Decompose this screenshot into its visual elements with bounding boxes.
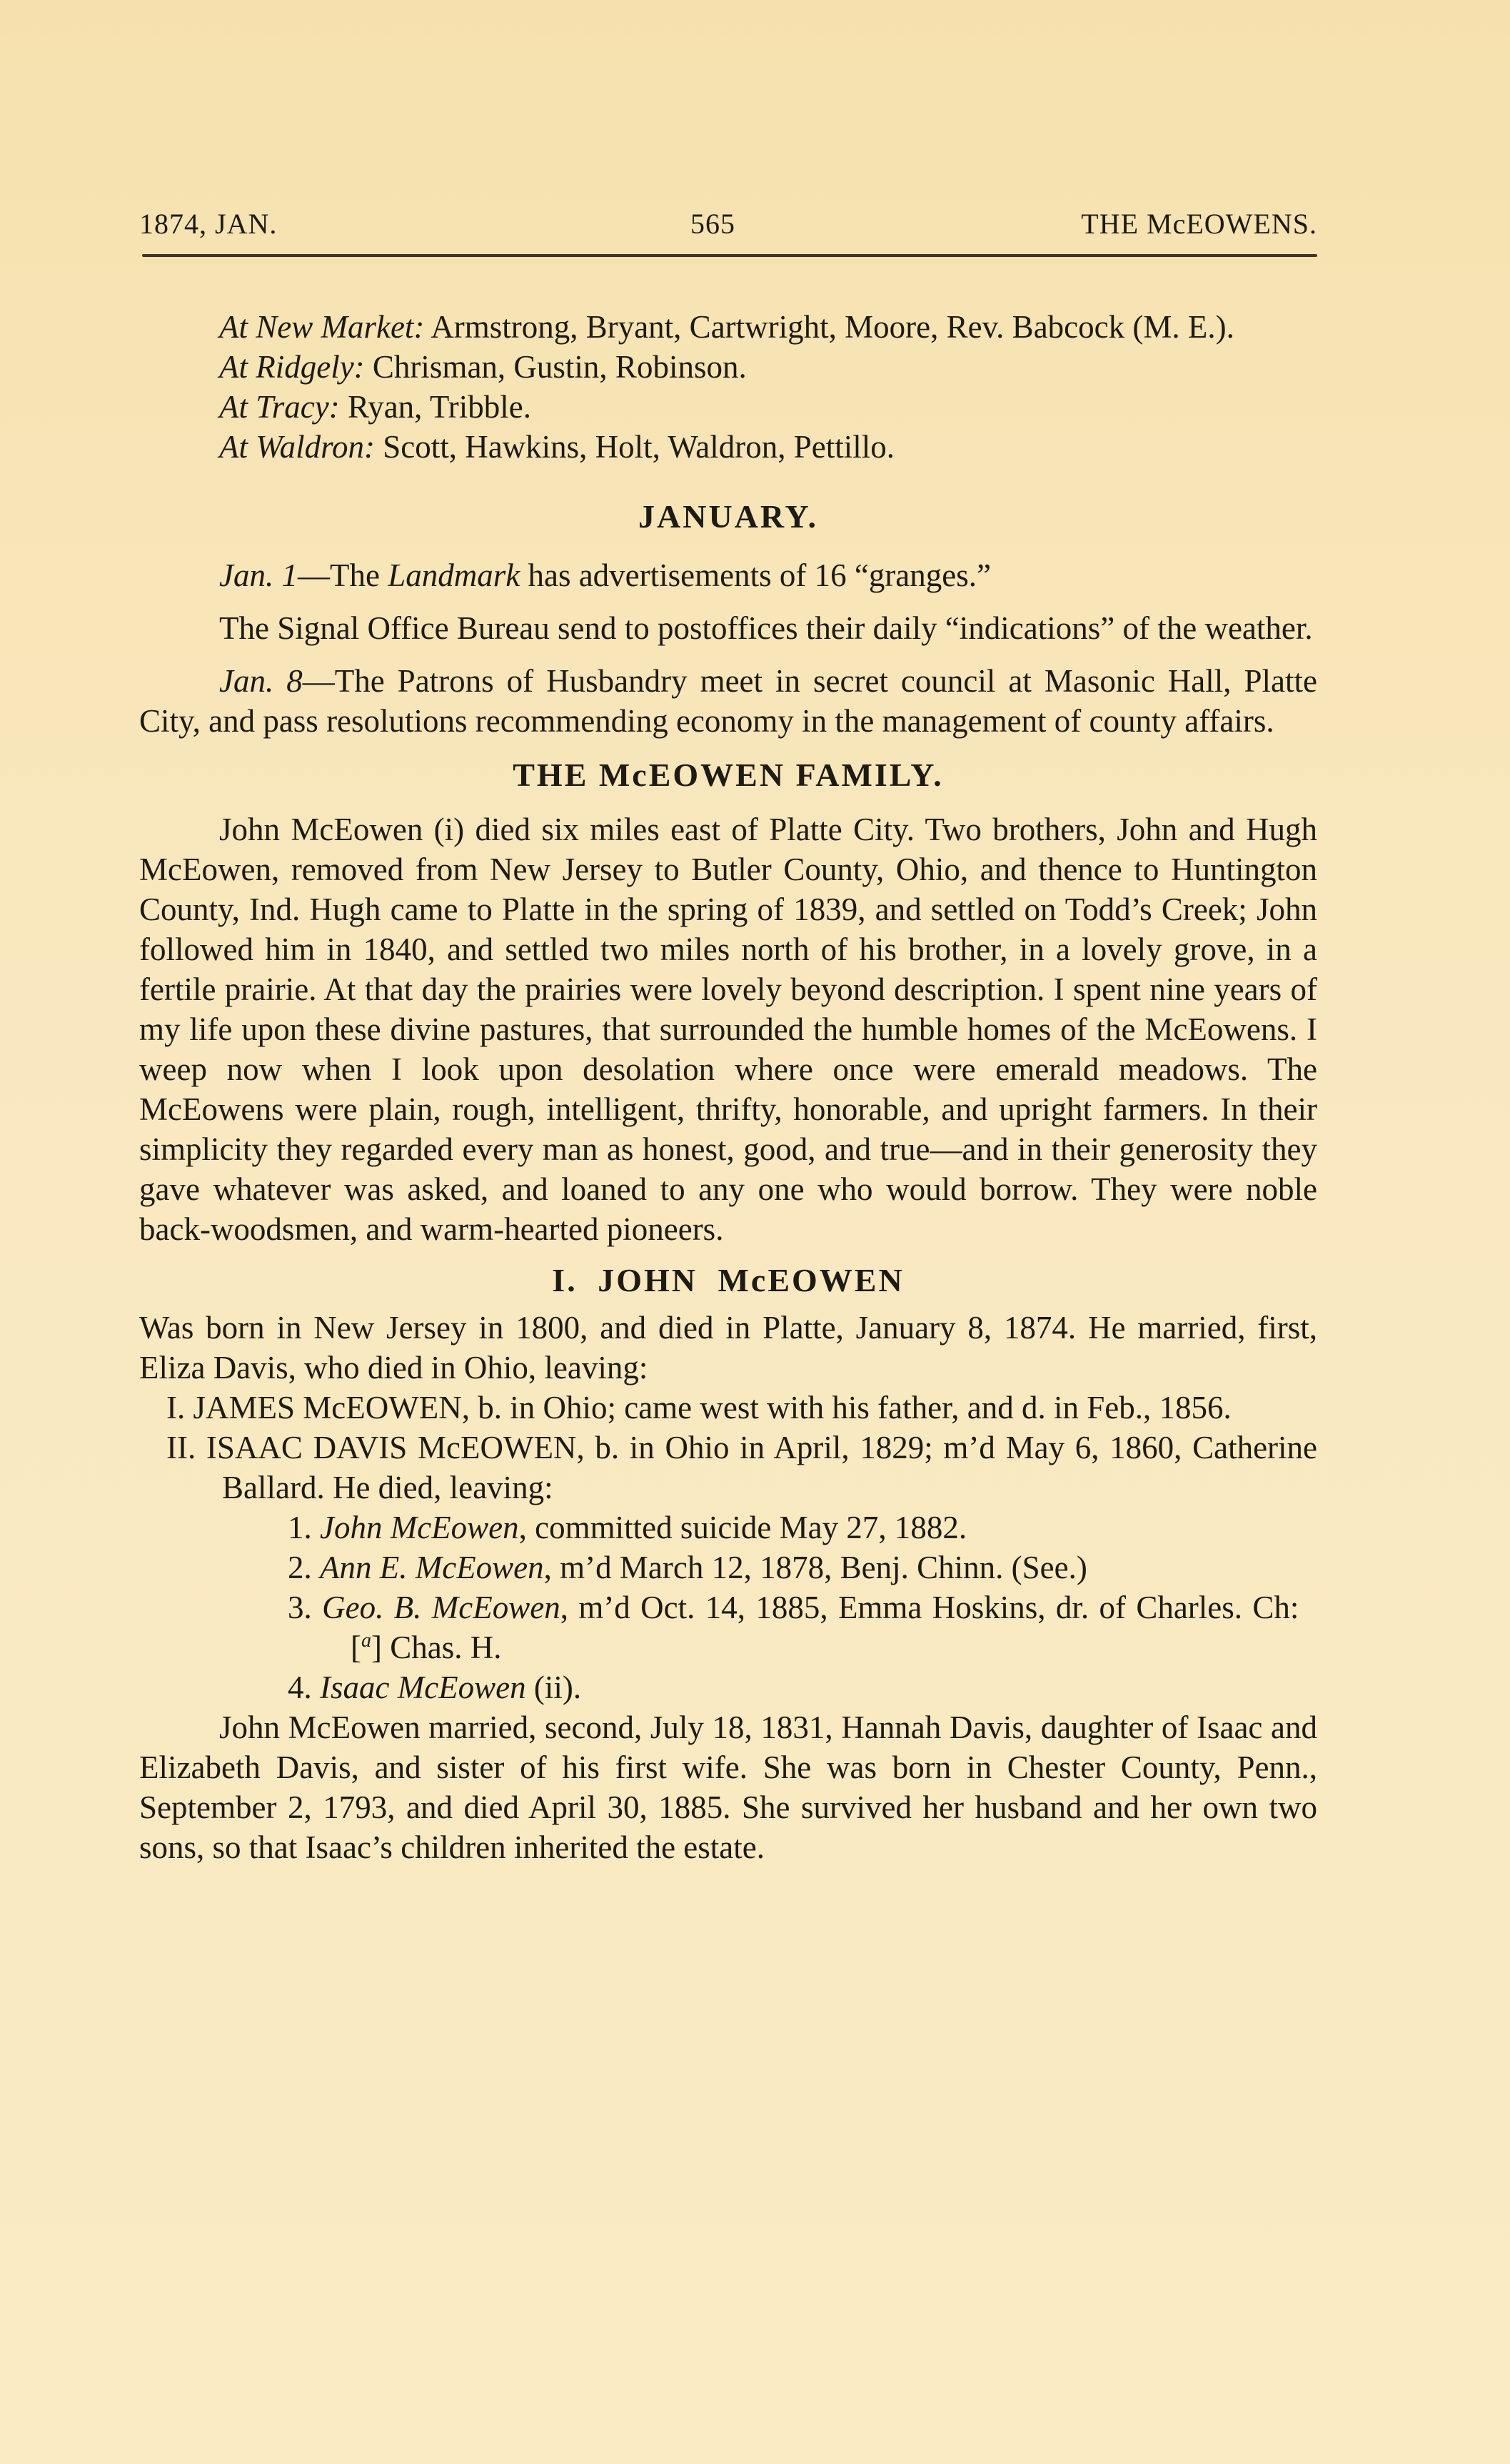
grange-place: At Tracy: — [219, 389, 340, 425]
grandchild-text: , m’d March 12, 1878, Benj. Chinn. (See.… — [544, 1550, 1087, 1585]
page-number: 565 — [690, 207, 735, 241]
grange-list-new-market: At New Market: Armstrong, Bryant, Cartwr… — [139, 307, 1317, 347]
grandchild-geo: 3. Geo. B. McEowen, m’d Oct. 14, 1885, E… — [139, 1587, 1317, 1667]
running-head-date: 1874, JAN. — [139, 207, 277, 241]
grandchild-text: (ii). — [526, 1670, 581, 1705]
running-head: 1874, JAN. 565 THE McEOWENS. — [139, 207, 1317, 250]
grange-list-tracy: At Tracy: Ryan, Tribble. — [139, 387, 1317, 427]
entry-jan-8: Jan. 8—The Patrons of Husbandry meet in … — [139, 661, 1317, 741]
grange-place: At Waldron: — [219, 429, 375, 465]
grandchild-number: 3. — [288, 1590, 312, 1625]
entry-date: Jan. 8 — [219, 663, 303, 699]
section-heading-john-mceowen: I. JOHN McEOWEN — [139, 1261, 1317, 1301]
entry-text: has advertisements of 16 “granges.” — [520, 557, 991, 593]
child-name: ISAAC DAVIS McEOWEN — [206, 1430, 577, 1465]
section-heading-mceowen-family: THE McEOWEN FAMILY. — [139, 755, 1317, 795]
child-marker: a — [361, 1630, 371, 1652]
second-marriage-paragraph: John McEowen married, second, July 18, 1… — [139, 1707, 1317, 1867]
entry-text-pre: —The — [298, 557, 388, 593]
family-paragraph: John McEowen (i) died six miles east of … — [139, 809, 1317, 1249]
entry-date: Jan. 1 — [219, 557, 298, 593]
entry-jan-1: Jan. 1—The Landmark has advertisements o… — [139, 555, 1317, 595]
grange-names: Chrisman, Gustin, Robinson. — [373, 349, 747, 385]
john-intro: Was born in New Jersey in 1800, and died… — [139, 1308, 1317, 1388]
grandchild-ann: 2. Ann E. McEowen, m’d March 12, 1878, B… — [139, 1547, 1317, 1587]
grandchild-name: Ann E. McEowen — [320, 1550, 544, 1585]
grange-place: At Ridgely: — [219, 349, 365, 385]
newspaper-title: Landmark — [388, 557, 520, 593]
grange-list-waldron: At Waldron: Scott, Hawkins, Holt, Waldro… — [139, 427, 1317, 467]
grandchild-name: John McEowen — [320, 1510, 519, 1545]
child-isaac-davis: II. ISAAC DAVIS McEOWEN, b. in Ohio in A… — [139, 1428, 1317, 1508]
child-james: I. JAMES McEOWEN, b. in Ohio; came west … — [139, 1388, 1317, 1428]
child-numeral: I. — [166, 1390, 185, 1425]
grange-names: Scott, Hawkins, Holt, Waldron, Pettillo. — [383, 429, 895, 465]
section-heading-january: JANUARY. — [139, 497, 1317, 537]
header-rule-divider — [142, 254, 1317, 257]
child-text: , b. in Ohio; came west with his father,… — [462, 1390, 1232, 1425]
grandchild-name: Geo. B. McEowen — [322, 1590, 560, 1625]
page-body: At New Market: Armstrong, Bryant, Cartwr… — [139, 307, 1317, 1867]
entry-text: —The Patrons of Husbandry meet in secret… — [139, 663, 1317, 739]
grandchild-name: Isaac McEowen — [320, 1670, 526, 1705]
running-head-title: THE McEOWENS. — [1081, 207, 1317, 241]
grange-names: Armstrong, Bryant, Cartwright, Moore, Re… — [431, 309, 1234, 345]
grandchild-john: 1. John McEowen, committed suicide May 2… — [139, 1508, 1317, 1547]
grandchild-number: 1. — [288, 1510, 312, 1545]
grange-list-ridgely: At Ridgely: Chrisman, Gustin, Robinson. — [139, 347, 1317, 387]
grandchild-isaac: 4. Isaac McEowen (ii). — [139, 1667, 1317, 1707]
grandchild-text: , committed suicide May 27, 1882. — [519, 1510, 967, 1545]
great-grandchild-name: Chas. H. — [390, 1630, 501, 1665]
grange-place: At New Market: — [219, 309, 424, 345]
entry-signal-office: The Signal Office Bureau send to postoff… — [139, 608, 1317, 648]
child-numeral: II. — [166, 1430, 196, 1465]
child-name: JAMES McEOWEN — [193, 1390, 462, 1425]
grandchild-number: 2. — [288, 1550, 312, 1585]
entry-text: The Signal Office Bureau send to postoff… — [219, 610, 1313, 646]
grange-names: Ryan, Tribble. — [348, 389, 531, 425]
grandchild-number: 4. — [288, 1670, 312, 1705]
grandchild-text: , m’d Oct. 14, 1885, Emma Hoskins, dr. o… — [560, 1590, 1299, 1625]
